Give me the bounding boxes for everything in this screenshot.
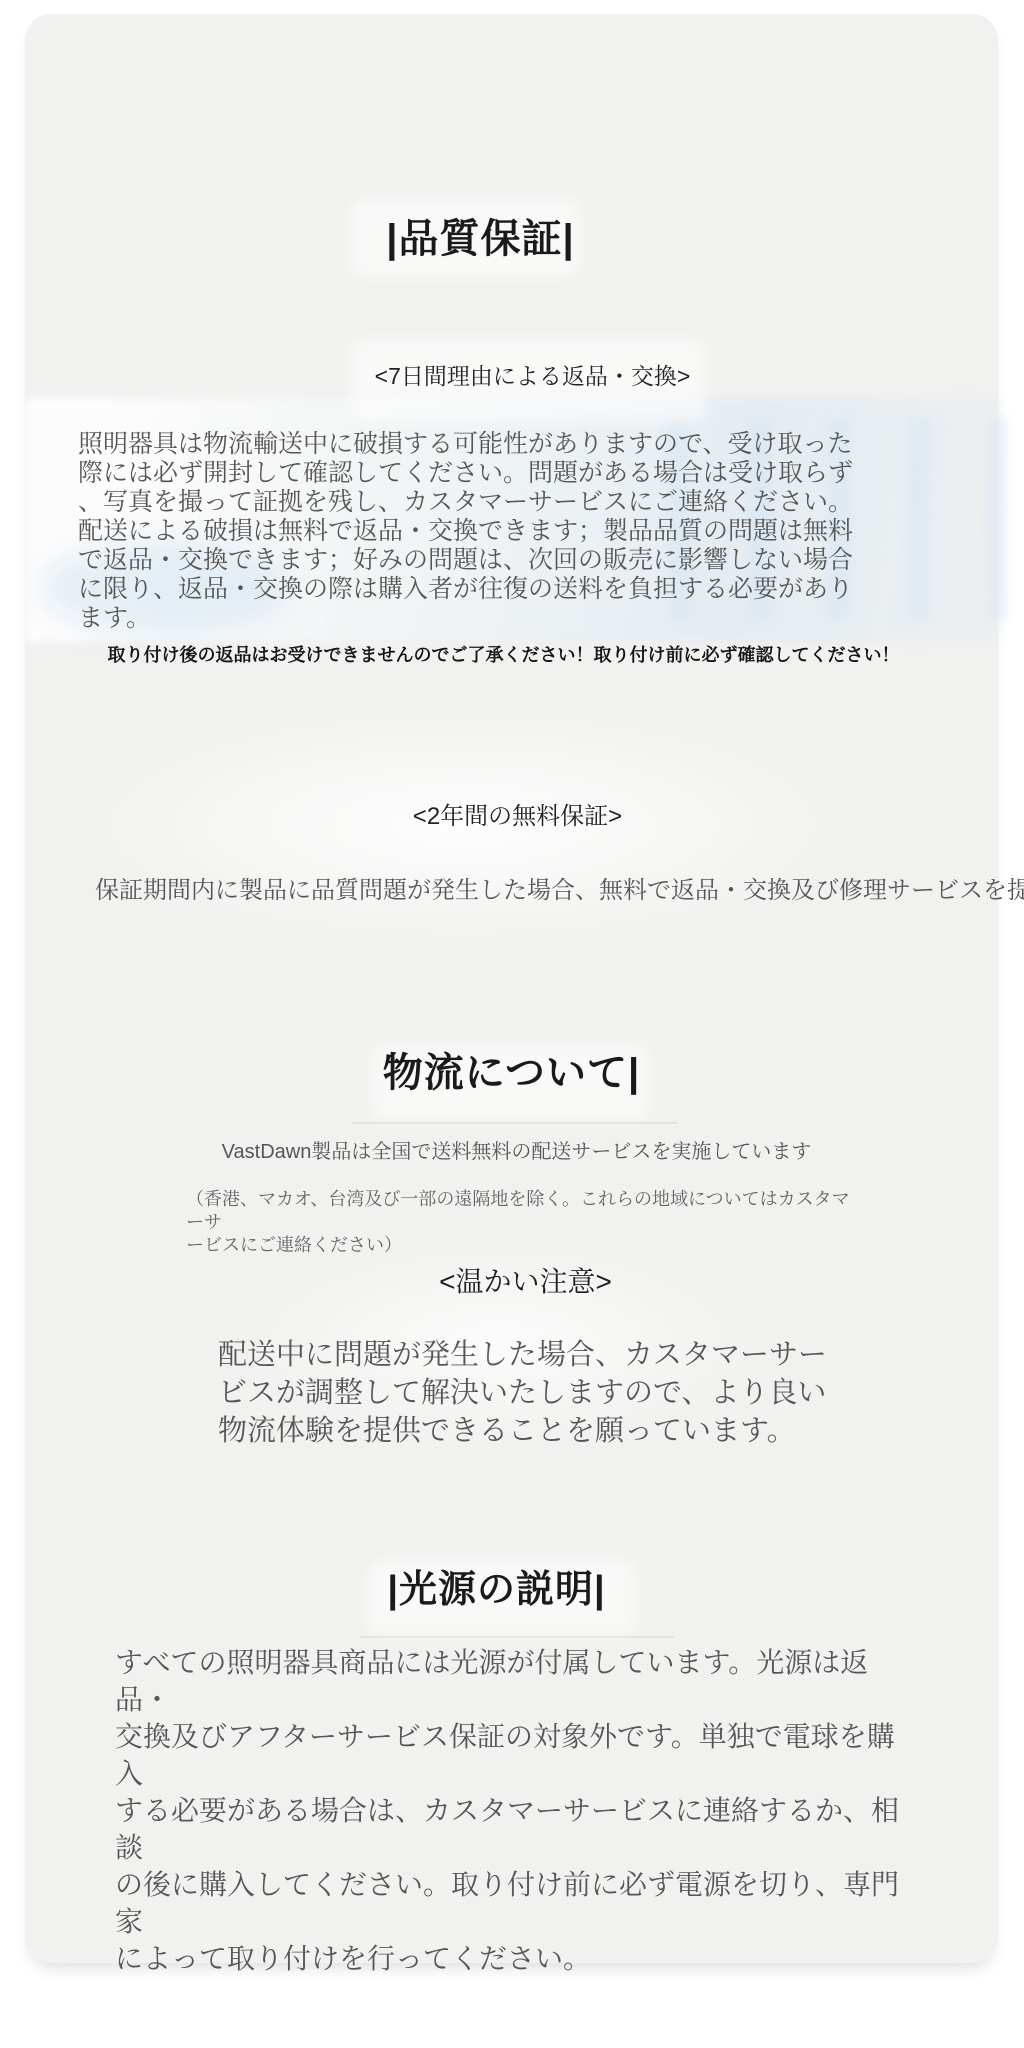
warranty-line: 保証期間内に製品に品質問題が発生した場合、無料で返品・交換及び修理サービスを提	[95, 874, 1024, 908]
quality-guarantee-title: |品質保証|	[0, 210, 967, 268]
paragraph-line: 配送による破損は無料で返品・交換できます；製品品質の問題は無料	[78, 517, 878, 546]
paragraph-line: の後に購入してください。取り付け前に必ず電源を切り、専門家	[115, 1866, 915, 1940]
logistics-title: 物流について|	[25, 1044, 998, 1102]
warranty-subtitle: <2年間の無料保証>	[31, 800, 1004, 834]
shipping-exclusion-note: （香港、マカオ、台湾及び一部の遠隔地を除く。これらの地域についてはカスタマーサ …	[186, 1188, 866, 1257]
background-white-band	[25, 690, 998, 990]
paragraph-line: する必要がある場合は、カスタマーサービスに連絡するか、相談	[115, 1792, 915, 1866]
return-policy-subtitle: <7日間理由による返品・交換>	[46, 360, 1019, 392]
warm-notice-paragraph: 配送中に問題が発生した場合、カスタマーサー ビスが調整して解決いたしますので、よ…	[218, 1336, 858, 1450]
light-source-paragraph: すべての照明器具商品には光源が付属しています。光源は返品・ 交換及びアフターサー…	[115, 1644, 915, 1977]
free-shipping-line: VastDawn製品は全国で送料無料の配送サービスを実施しています	[30, 1138, 1003, 1166]
paragraph-line: ービスにご連絡ください）	[186, 1234, 866, 1257]
light-divider	[360, 1636, 674, 1638]
paragraph-line: 照明器具は物流輸送中に破損する可能性がありますので、受け取った	[78, 430, 878, 459]
paragraph-line: すべての照明器具商品には光源が付属しています。光源は返品・	[115, 1644, 915, 1718]
paragraph-line: 配送中に問題が発生した場合、カスタマーサー	[218, 1336, 858, 1374]
paragraph-line: によって取り付けを行ってください。	[115, 1940, 915, 1977]
paragraph-line: 物流体験を提供できることを願っています。	[218, 1412, 858, 1450]
warm-notice-subtitle: <温かい注意>	[39, 1262, 1012, 1302]
paragraph-line: に限り、返品・交換の際は購入者が往復の送料を負担する必要があり	[78, 575, 878, 604]
paragraph-line: ます。	[78, 604, 878, 633]
light-source-title: |光源の説明|	[10, 1562, 983, 1618]
paragraph-line: ビスが調整して解決いたしますので、より良い	[218, 1374, 858, 1412]
paragraph-line: で返品・交換できます；好みの問題は、次回の販売に影響しない場合	[78, 546, 878, 575]
return-policy-paragraph: 照明器具は物流輸送中に破損する可能性がありますので、受け取った 際には必ず開封し…	[78, 430, 878, 633]
paragraph-line: （香港、マカオ、台湾及び一部の遠隔地を除く。これらの地域についてはカスタマーサ	[186, 1188, 866, 1234]
product-detail-page: |品質保証| <7日間理由による返品・交換> 照明器具は物流輸送中に破損する可能…	[0, 0, 1024, 2048]
paragraph-line: 際には必ず開封して確認してください。問題がある場合は受け取らず	[78, 459, 878, 488]
paragraph-line: 、写真を撮って証拠を残し、カスタマーサービスにご連絡ください。	[78, 488, 878, 517]
install-warning-note: 取り付け後の返品はお受けできませんのでご了承ください！取り付け前に必ず確認してく…	[17, 642, 990, 668]
paragraph-line: 交換及びアフターサービス保証の対象外です。単独で電球を購入	[115, 1718, 915, 1792]
logistics-divider	[352, 1122, 677, 1124]
